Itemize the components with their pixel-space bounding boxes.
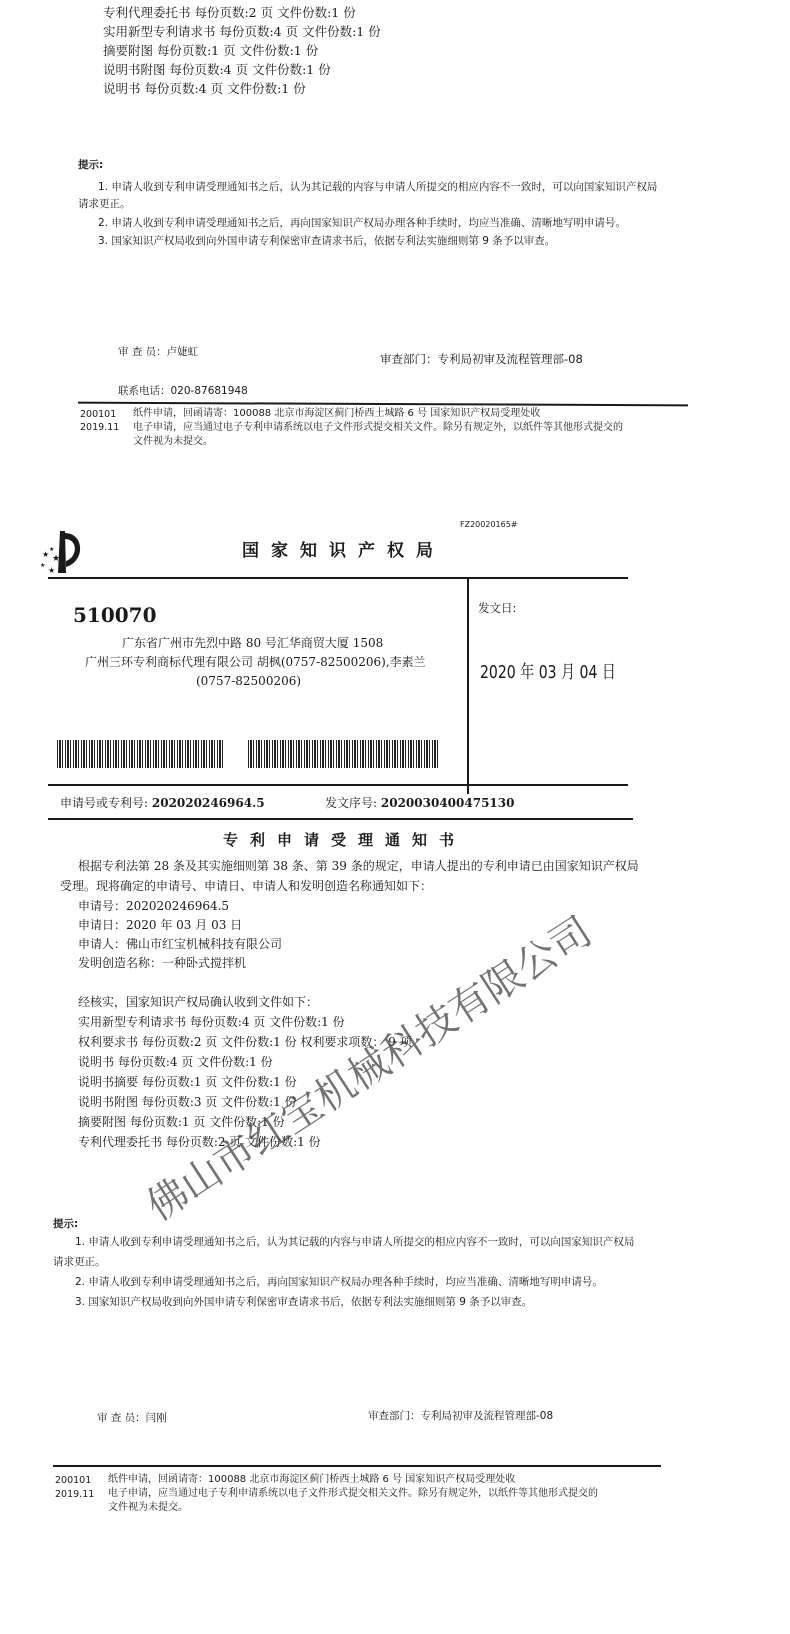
field-app-no: 申请号：202020246964.5 [78,896,229,916]
confirm-label: 经核实，国家知识产权局确认收到文件如下： [78,992,318,1012]
field-invention-name: 发明创造名称：一种卧式搅拌机 [78,953,246,973]
serial-number: 发文序号: 2020030400475130 [325,793,514,813]
header-bottom-rule [48,784,628,786]
serial-value: 2020030400475130 [381,796,515,810]
tip-1: 1. 申请人收到专利申请受理通知书之后，认为其记载的内容与申请人所提交的相应内容… [75,1235,634,1249]
department: 审查部门：专利局初审及流程管理部-08 [380,352,583,366]
issue-date: 2020 年 03 月 04 日 [480,658,616,684]
field-app-date: 申请日：2020 年 03 月 03 日 [78,915,242,935]
serial-label: 发文序号: [325,796,377,810]
tip-1-cont: 请求更正。 [53,1255,106,1269]
footer-code: 200101 [80,408,116,421]
tip-1-cont: 请求更正。 [78,197,131,211]
svg-text:★: ★ [49,546,54,553]
footer-divider [78,402,688,407]
contact-phone: 联系电话：020-87681948 [118,384,248,398]
footer-line: 电子申请，应当通过电子专利申请系统以电子文件形式提交相关文件。除另有规定外，以纸… [133,421,623,434]
application-number: 申请号或专利号: 202020246964.5 [60,793,265,813]
footer-line: 文件视为未提交。 [133,435,213,448]
file-item: 说明书附图 每份页数:4 页 文件份数:1 份 [103,60,331,80]
issue-date-label: 发文日: [478,600,516,616]
file-item: 说明书摘要 每份页数:1 页 文件份数:1 份 [78,1072,297,1092]
footer-divider [53,1465,661,1467]
department: 审查部门：专利局初审及流程管理部-08 [368,1409,553,1423]
file-item: 说明书 每份页数:4 页 文件份数:1 份 [78,1052,273,1072]
intro-line: 受理。现将确定的申请号、申请日、申请人和发明创造名称通知如下： [60,876,432,896]
svg-text:★: ★ [52,554,60,564]
barcode-2 [248,740,438,768]
cnipa-logo-icon: ★ ★ ★ ★ ★ [38,527,90,577]
app-no-value: 202020246964.5 [152,796,265,810]
footer-date: 2019.11 [55,1488,94,1501]
intro-line: 根据专利法第 28 条及其实施细则第 38 条、第 39 条的规定，申请人提出的… [78,856,639,876]
app-no-label: 申请号或专利号: [60,796,148,810]
footer-line: 文件视为未提交。 [108,1501,188,1514]
footer-line: 纸件申请，回函请寄：100088 北京市海淀区蓟门桥西土城路 6 号 国家知识产… [133,407,540,420]
file-item: 摘要附图 每份页数:1 页 文件份数:1 份 [103,41,318,61]
tip-3: 3. 国家知识产权局收到向外国申请专利保密审查请求书后，依据专利法实施细则第 9… [75,1295,532,1309]
tip-1: 1. 申请人收到专利申请受理通知书之后，认为其记载的内容与申请人所提交的相应内容… [98,180,657,194]
footer-line: 纸件申请，回函请寄：100088 北京市海淀区蓟门桥西土城路 6 号 国家知识产… [108,1473,515,1486]
tip-2: 2. 申请人收到专利申请受理通知书之后，再向国家知识产权局办理各种手续时，均应当… [75,1275,603,1289]
barcode-1 [57,740,223,768]
file-item: 实用新型专利请求书 每份页数:4 页 文件份数:1 份 [78,1012,345,1032]
file-item: 实用新型专利请求书 每份页数:4 页 文件份数:1 份 [103,22,381,42]
title-rule [48,818,633,820]
address-line: 广州三环专利商标代理有限公司 胡枫(0757-82500206),李素兰 [85,652,426,672]
tips-label: 提示: [78,158,103,172]
agency-name: 国家知识产权局 [242,540,445,562]
postcode: 510070 [73,603,157,627]
svg-text:★: ★ [48,566,55,575]
address-line: (0757-82500206) [196,671,301,691]
footer-date: 2019.11 [80,421,119,434]
doc-code: FZ20020165# [460,520,518,529]
address-line: 广东省广州市先烈中路 80 号汇华商贸大厦 1508 [122,633,383,653]
field-applicant: 申请人：佛山市红宝机械科技有限公司 [78,934,282,954]
notice-title: 专利申请受理通知书 [223,830,466,850]
tip-3: 3. 国家知识产权局收到向外国申请专利保密审查请求书后，依据专利法实施细则第 9… [98,234,555,248]
tip-2: 2. 申请人收到专利申请受理通知书之后，再向国家知识产权局办理各种手续时，均应当… [98,216,626,230]
examiner: 审 查 员：闫刚 [97,1411,167,1425]
file-item: 专利代理委托书 每份页数:2 页 文件份数:1 份 [103,3,356,23]
examiner: 审 查 员：卢婕虹 [118,345,198,359]
header-vertical-rule [467,578,469,794]
svg-text:★: ★ [40,562,45,569]
footer-code: 200101 [55,1474,91,1487]
tips-label: 提示: [53,1217,78,1231]
footer-line: 电子申请，应当通过电子专利申请系统以电子文件形式提交相关文件。除另有规定外，以纸… [108,1487,598,1500]
header-top-rule [48,577,628,579]
file-item: 说明书 每份页数:4 页 文件份数:1 份 [103,79,306,99]
